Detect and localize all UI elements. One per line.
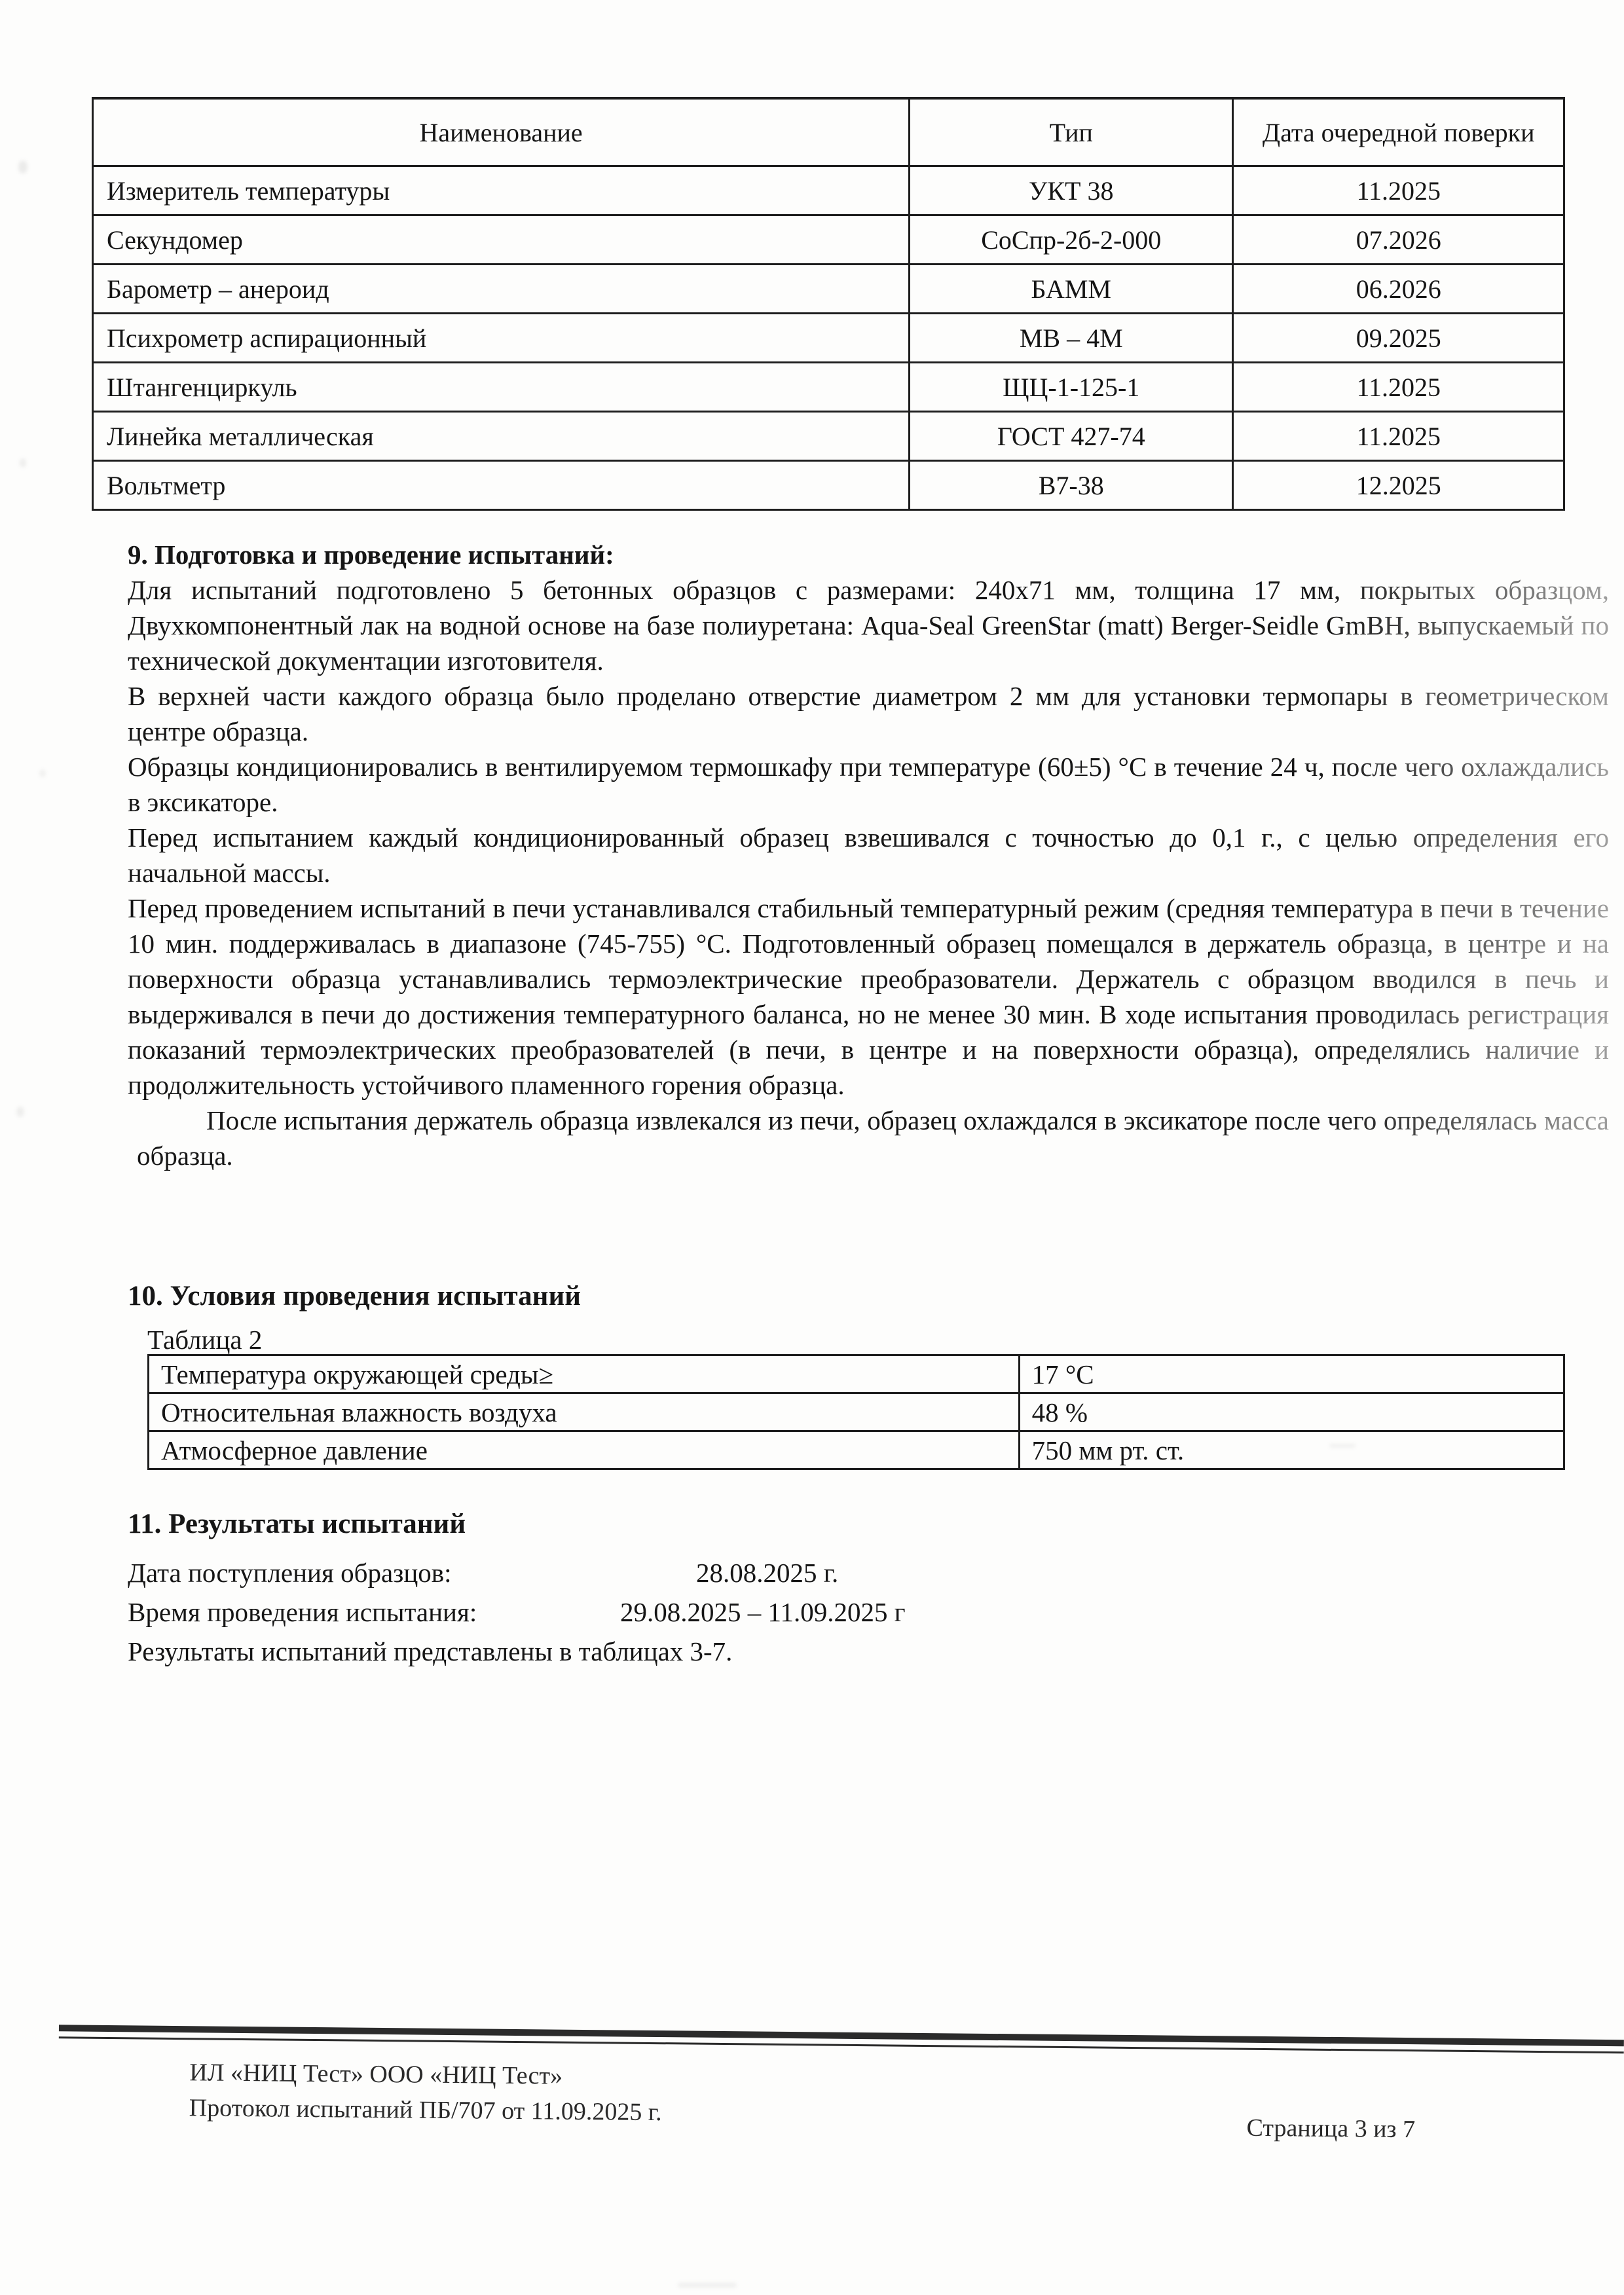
table-row: Барометр – анероид БАММ 06.2026 xyxy=(93,265,1564,314)
condition-value: 48 % xyxy=(1019,1393,1564,1431)
section-9-paragraph: Для испытаний подготовлено 5 бетонных об… xyxy=(128,572,1609,678)
verification-date: 11.2025 xyxy=(1233,363,1564,412)
scan-artifact xyxy=(1329,1444,1356,1448)
condition-label: Температура окружающей среды≥ xyxy=(149,1355,1020,1393)
column-header-name: Наименование xyxy=(93,98,910,166)
test-period-row: Время проведения испытания: 29.08.2025 –… xyxy=(128,1592,1609,1632)
samples-received-date: 28.08.2025 г. xyxy=(696,1553,838,1592)
table-row: Атмосферное давление 750 мм рт. ст. xyxy=(149,1431,1564,1469)
table-row: Температура окружающей среды≥ 17 °С xyxy=(149,1355,1564,1393)
scanned-protocol-page: Наименование Тип Дата очередной поверки … xyxy=(0,0,1624,2295)
equipment-type: БАММ xyxy=(910,265,1233,314)
section-9-paragraph: После испытания держатель образца извлек… xyxy=(137,1103,1609,1173)
results-note: Результаты испытаний представлены в табл… xyxy=(128,1632,1609,1671)
test-period-dates: 29.08.2025 – 11.09.2025 г xyxy=(620,1592,906,1632)
equipment-type: ЩЦ-1-125-1 xyxy=(910,363,1233,412)
verification-date: 11.2025 xyxy=(1233,166,1564,215)
footer-divider-thick-line xyxy=(59,2025,1624,2046)
condition-label: Относительная влажность воздуха xyxy=(149,1393,1020,1431)
table-2-caption: Таблица 2 xyxy=(147,1323,1609,1357)
samples-received-row: Дата поступления образцов: 28.08.2025 г. xyxy=(128,1553,1609,1592)
condition-value: 750 мм рт. ст. xyxy=(1019,1431,1564,1469)
table-row: Психрометр аспирационный МВ – 4М 09.2025 xyxy=(93,314,1564,363)
samples-received-label: Дата поступления образцов: xyxy=(128,1553,696,1592)
equipment-type: СоСпр-2б-2-000 xyxy=(910,215,1233,265)
test-period-label: Время проведения испытания: xyxy=(128,1592,620,1632)
scan-artifact xyxy=(678,2283,737,2288)
column-header-date: Дата очередной поверки xyxy=(1233,98,1564,166)
conditions-table: Температура окружающей среды≥ 17 °С Отно… xyxy=(147,1354,1565,1470)
equipment-name: Вольтметр xyxy=(93,461,910,510)
scan-artifact xyxy=(39,769,46,777)
scan-artifact xyxy=(16,1107,24,1117)
section-9-paragraph: Образцы кондиционировались в вентилируем… xyxy=(128,749,1609,820)
equipment-name: Штангенциркуль xyxy=(93,363,910,412)
footer-text-block: ИЛ «НИЦ Тест» ООО «НИЦ Тест» Протокол ис… xyxy=(189,2055,663,2130)
section-11-results: 11. Результаты испытаний Дата поступлени… xyxy=(128,1506,1609,1671)
column-header-type: Тип xyxy=(910,98,1233,166)
verification-date: 12.2025 xyxy=(1233,461,1564,510)
equipment-name: Линейка металлическая xyxy=(93,412,910,461)
section-9-paragraph: Перед проведением испытаний в печи устан… xyxy=(128,890,1609,1103)
table-row: Измеритель температуры УКТ 38 11.2025 xyxy=(93,166,1564,215)
footer-lab-name: ИЛ «НИЦ Тест» ООО «НИЦ Тест» xyxy=(189,2055,662,2095)
section-10-conditions: 10. Условия проведения испытаний Таблица… xyxy=(128,1278,1609,1357)
section-9-preparation: 9. Подготовка и проведение испытаний: Дл… xyxy=(128,537,1609,1173)
section-10-heading: 10. Условия проведения испытаний xyxy=(128,1278,1609,1315)
footer-divider xyxy=(59,2025,1624,2053)
verification-date: 07.2026 xyxy=(1233,215,1564,265)
table-row: Относительная влажность воздуха 48 % xyxy=(149,1393,1564,1431)
section-9-paragraph: Перед испытанием каждый кондиционированн… xyxy=(128,820,1609,890)
verification-date: 09.2025 xyxy=(1233,314,1564,363)
page-footer: ИЛ «НИЦ Тест» ООО «НИЦ Тест» Протокол ис… xyxy=(0,2024,1624,2210)
equipment-name: Секундомер xyxy=(93,215,910,265)
equipment-type: МВ – 4М xyxy=(910,314,1233,363)
section-9-heading: 9. Подготовка и проведение испытаний: xyxy=(128,537,1609,572)
equipment-verification-table: Наименование Тип Дата очередной поверки … xyxy=(92,97,1565,511)
equipment-type: УКТ 38 xyxy=(910,166,1233,215)
table-row: Секундомер СоСпр-2б-2-000 07.2026 xyxy=(93,215,1564,265)
condition-value: 17 °С xyxy=(1019,1355,1564,1393)
condition-label: Атмосферное давление xyxy=(149,1431,1020,1469)
equipment-type: ГОСТ 427-74 xyxy=(910,412,1233,461)
equipment-name: Психрометр аспирационный xyxy=(93,314,910,363)
scan-artifact xyxy=(18,160,28,174)
table-row: Линейка металлическая ГОСТ 427-74 11.202… xyxy=(93,412,1564,461)
verification-date: 06.2026 xyxy=(1233,265,1564,314)
section-11-heading: 11. Результаты испытаний xyxy=(128,1506,1609,1543)
verification-date: 11.2025 xyxy=(1233,412,1564,461)
footer-protocol-number: Протокол испытаний ПБ/707 от 11.09.2025 … xyxy=(189,2090,662,2130)
table-row: Вольтметр В7-38 12.2025 xyxy=(93,461,1564,510)
table-header-row: Наименование Тип Дата очередной поверки xyxy=(93,98,1564,166)
section-9-paragraph: В верхней части каждого образца было про… xyxy=(128,678,1609,749)
equipment-name: Барометр – анероид xyxy=(93,265,910,314)
equipment-type: В7-38 xyxy=(910,461,1233,510)
scan-artifact xyxy=(20,458,26,468)
table-row: Штангенциркуль ЩЦ-1-125-1 11.2025 xyxy=(93,363,1564,412)
page-number-indicator: Страница 3 из 7 xyxy=(1246,2114,1415,2144)
equipment-name: Измеритель температуры xyxy=(93,166,910,215)
